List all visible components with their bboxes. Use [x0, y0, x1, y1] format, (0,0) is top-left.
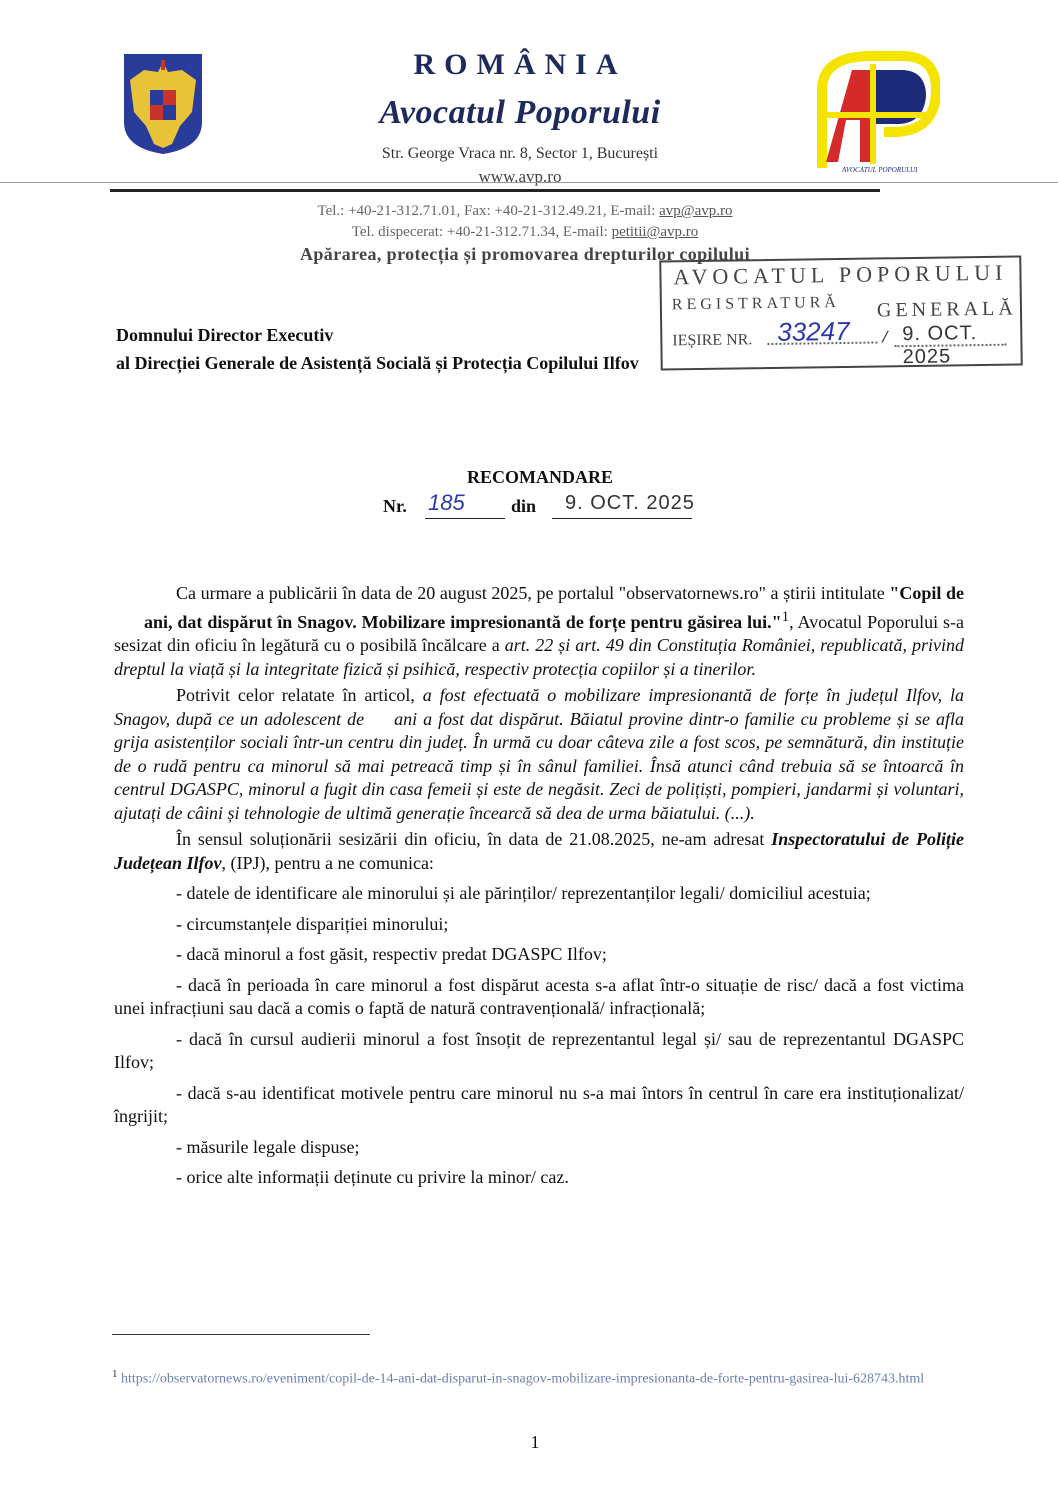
stamp-line-institution: AVOCATUL POPORULUI: [673, 260, 1007, 291]
document-date: 9. OCT. 2025: [565, 492, 695, 515]
list-item: - măsurile legale dispuse;: [114, 1136, 964, 1160]
footnote-ref[interactable]: 1: [782, 609, 790, 625]
header-divider-thin: [0, 182, 1058, 183]
country-name: ROMÂNIA: [380, 48, 660, 82]
contact-line-2: Tel. dispecerat: +40-21-312.71.34, E-mai…: [260, 224, 790, 241]
page-number: 1: [520, 1432, 550, 1453]
stamp-date: 9. OCT. 2025: [902, 321, 1021, 369]
email-link-petitii[interactable]: petitii@avp.ro: [612, 224, 699, 240]
contact-dispatch-phone: Tel. dispecerat: +40-21-312.71.34, E-mai…: [352, 224, 612, 240]
stamp-separator: /: [880, 329, 890, 347]
list-item: - dacă în perioada în care minorul a fos…: [114, 974, 964, 1021]
stamp-registry-number: 33247: [777, 316, 850, 348]
stamp-line-exit: IEȘIRE NR.: [672, 331, 752, 350]
addressee-line-1: Domnului Director Executiv: [116, 325, 333, 346]
footnote-marker: 1: [112, 1368, 118, 1380]
addressee-line-2: al Direcției Generale de Asistență Socia…: [116, 353, 639, 374]
footnote-separator: [112, 1334, 370, 1335]
number-label: Nr.: [383, 496, 407, 517]
date-label: din: [511, 496, 536, 517]
document-number: 185: [428, 490, 465, 516]
list-item: - circumstanțele dispariției minorului;: [114, 913, 964, 937]
article-title-part1: "Copil de: [889, 583, 964, 603]
p1-text: Ca urmare a publicării în data de 20 aug…: [176, 583, 889, 603]
p2-text: Potrivit celor relatate în articol,: [176, 685, 423, 705]
institution-address: Str. George Vraca nr. 8, Sector 1, Bucur…: [300, 145, 740, 163]
header-divider-thick: [110, 189, 880, 192]
paragraph-2: Potrivit celor relatate în articol, a fo…: [114, 684, 964, 825]
email-link-avp[interactable]: avp@avp.ro: [659, 203, 732, 219]
list-item: - dacă în cursul audierii minorul a fost…: [114, 1028, 964, 1075]
website-link[interactable]: www.avp.ro: [300, 167, 740, 187]
stamp-line-registry: REGISTRATURĂ: [672, 294, 840, 314]
contact-line-1: Tel.: +40-21-312.71.01, Fax: +40-21-312.…: [260, 203, 790, 220]
list-item: - dacă s-au identificat motivele pentru …: [114, 1082, 964, 1129]
avp-logo-caption: AVOCATUL POPORULUI: [841, 166, 918, 174]
footnote: 1 https://observatornews.ro/eveniment/co…: [112, 1364, 942, 1390]
registry-stamp: AVOCATUL POPORULUI REGISTRATURĂ GENERALĂ…: [659, 255, 1023, 370]
document-title: RECOMANDARE: [440, 467, 640, 488]
footnote-url-link[interactable]: https://observatornews.ro/eveniment/copi…: [121, 1372, 924, 1387]
p3-text: În sensul soluționării sesizării din ofi…: [176, 829, 771, 849]
stamp-line-general: GENERALĂ: [877, 298, 1017, 323]
contact-phone-fax: Tel.: +40-21-312.71.01, Fax: +40-21-312.…: [317, 203, 659, 219]
number-underline: [425, 518, 505, 519]
p3-text-2: , (IPJ), pentru a ne comunica:: [222, 853, 434, 873]
paragraph-1: Ca urmare a publicării în data de 20 aug…: [114, 582, 964, 681]
avp-logo-icon: AVOCATUL POPORULUI: [812, 50, 940, 175]
date-underline: [552, 518, 692, 519]
list-item: - dacă minorul a fost găsit, respectiv p…: [114, 943, 964, 967]
romanian-coat-of-arms-icon: [122, 52, 204, 156]
list-item: - datele de identificare ale minorului ș…: [114, 882, 964, 906]
list-item: - orice alte informații deținute cu priv…: [114, 1166, 964, 1190]
paragraph-3: În sensul soluționării sesizării din ofi…: [114, 828, 964, 875]
article-title-part2: ani, dat dispărut în Snagov. Mobilizare …: [144, 612, 782, 632]
institution-name: Avocatul Poporului: [300, 94, 740, 132]
document-body: Ca urmare a publicării în data de 20 aug…: [114, 582, 964, 1190]
